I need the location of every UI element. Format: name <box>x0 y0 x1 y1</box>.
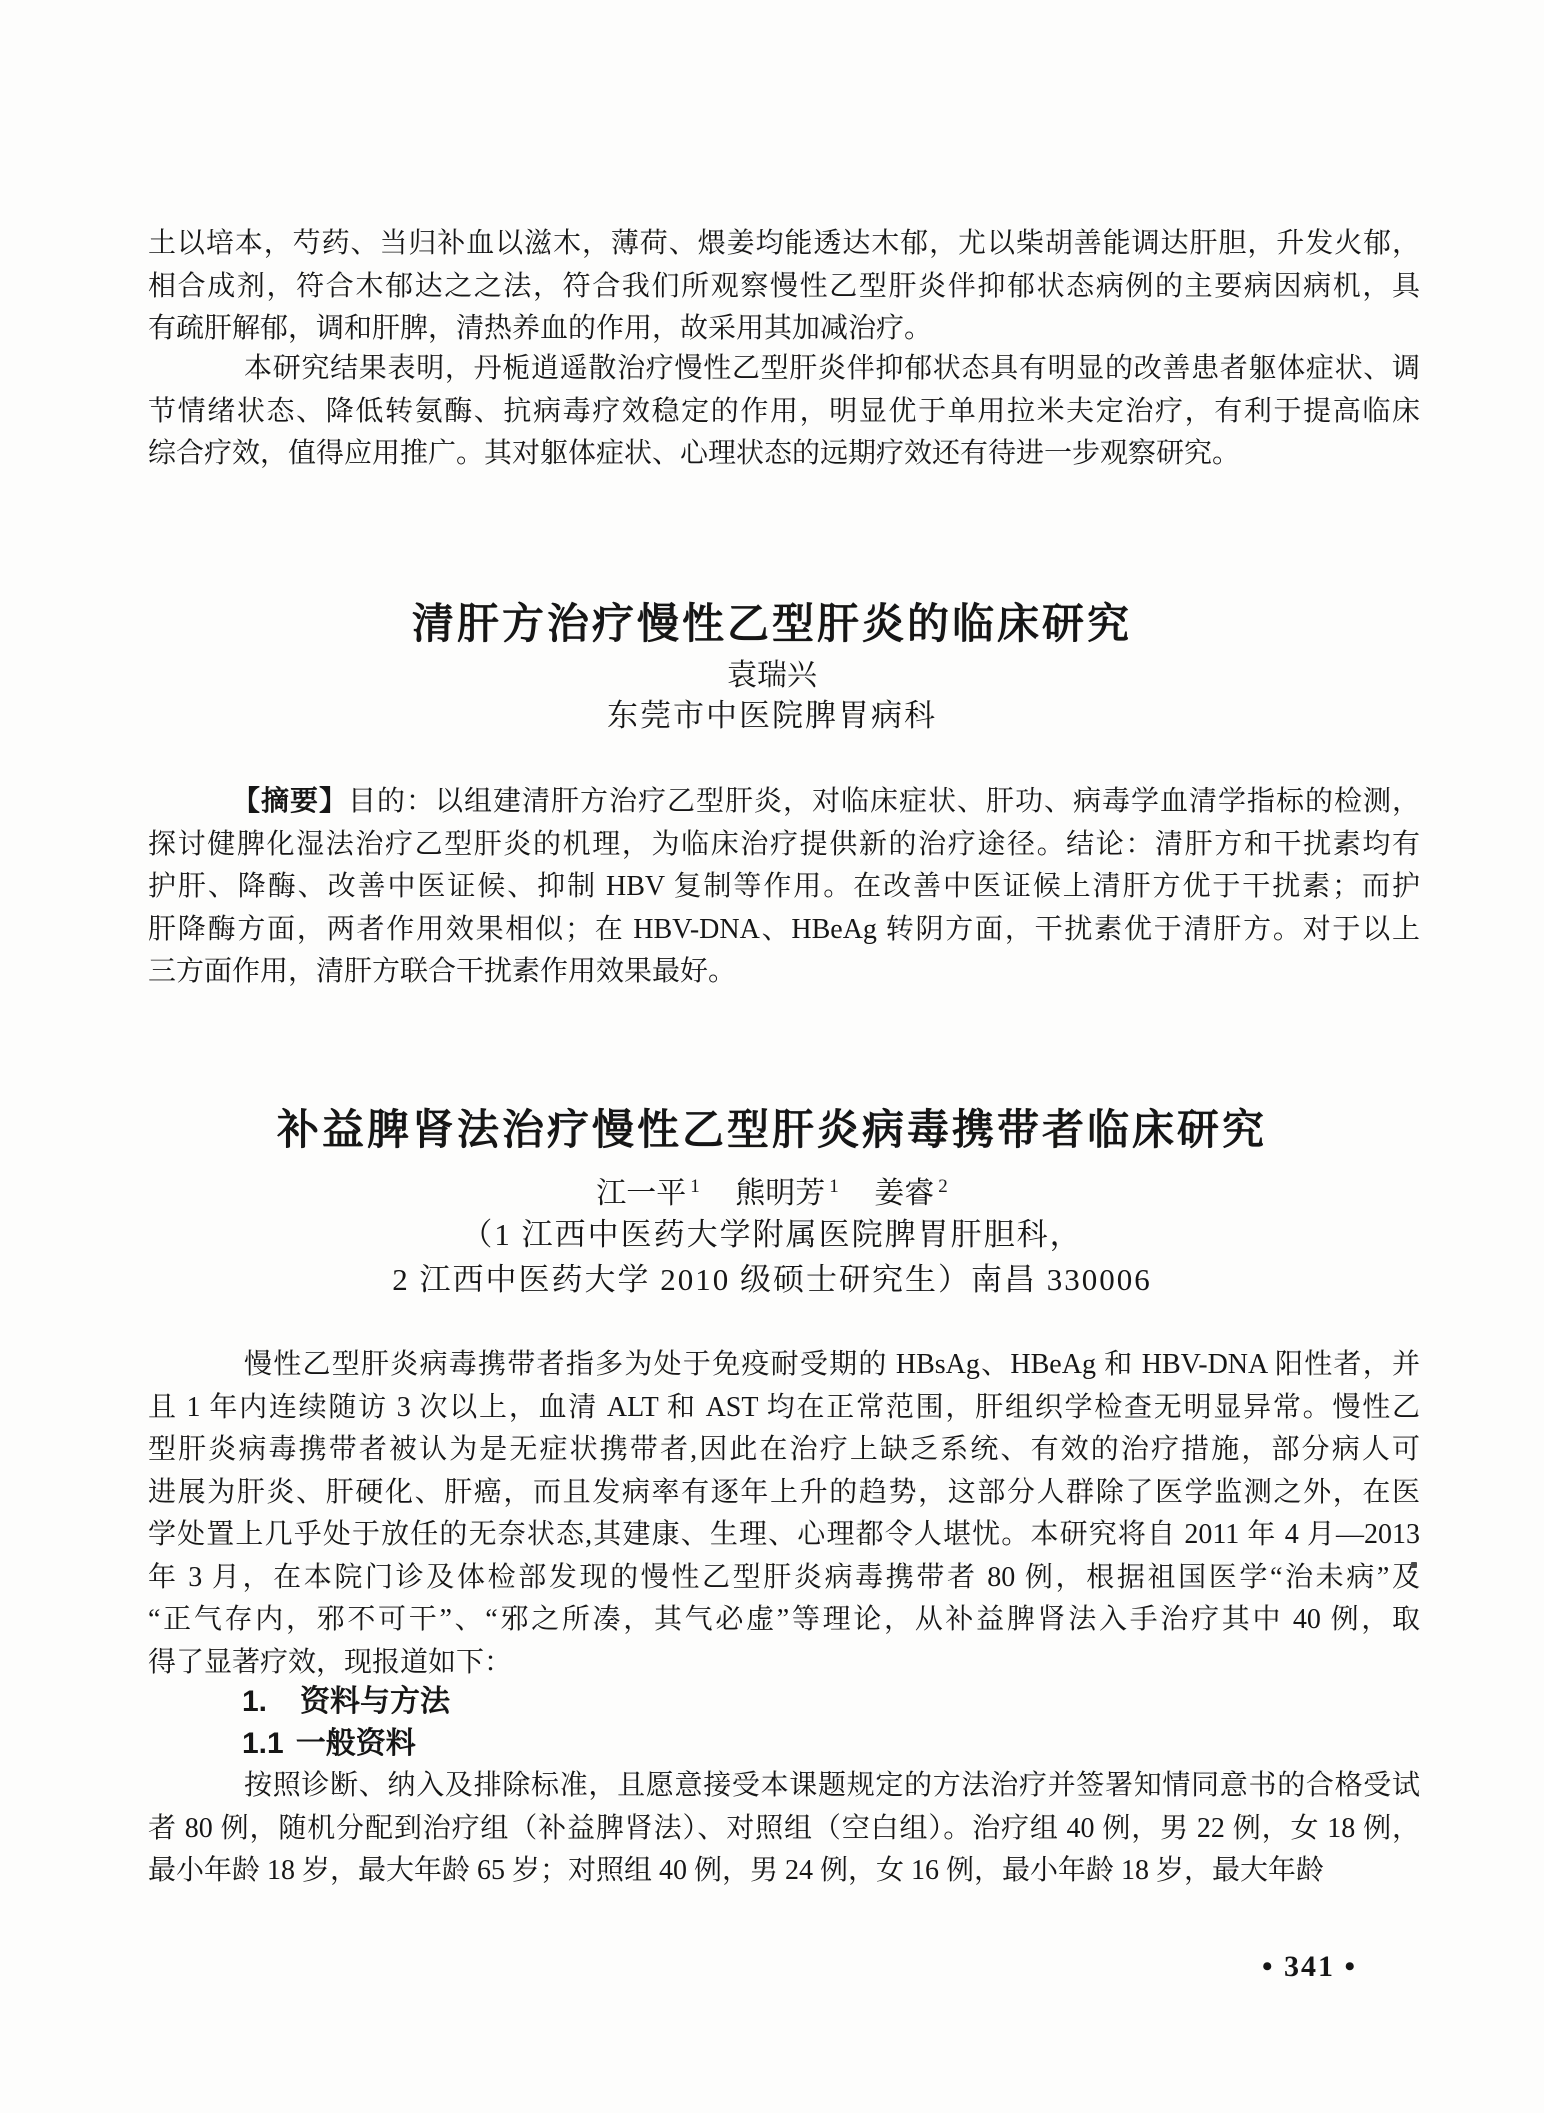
article2-affiliation-line2: 2 江西中医药大学 2010 级硕士研究生）南昌 330006 <box>0 1257 1544 1302</box>
document-page: 土以培本，芍药、当归补血以滋木，薄荷、煨姜均能透达木郁，尤以柴胡善能调达肝胆，升… <box>0 0 1544 2113</box>
author-1: 江一平1 <box>596 1166 700 1215</box>
article2-affiliation: （1 江西中医药大学附属医院脾胃肝胆科， 2 江西中医药大学 2010 级硕士研… <box>0 1212 1544 1302</box>
section-1-1-number: 1.1 <box>242 1723 284 1766</box>
section-1-label: 资料与方法 <box>300 1685 450 1718</box>
section-heading-1: 1.资料与方法 <box>242 1681 450 1724</box>
text-line: 最小年龄 18 岁，最大年龄 65 岁；对照组 40 例，男 24 例，女 16… <box>148 1850 1420 1893</box>
author-3-name: 姜睿 <box>874 1177 934 1210</box>
text-line: 土以培本，芍药、当归补血以滋木，薄荷、煨姜均能透达木郁，尤以柴胡善能调达肝胆，升… <box>148 223 1420 266</box>
text-line: 相合成剂，符合木郁达之之法，符合我们所观察慢性乙型肝炎伴抑郁状态病例的主要病因病… <box>148 266 1420 309</box>
text-line: 慢性乙型肝炎病毒携带者指多为处于免疫耐受期的 HBsAg、HBeAg 和 HBV… <box>148 1344 1420 1387</box>
text-line: 肝降酶方面，两者作用效果相似；在 HBV-DNA、HBeAg 转阴方面，干扰素优… <box>148 909 1420 952</box>
text-line: 本研究结果表明，丹栀逍遥散治疗慢性乙型肝炎伴抑郁状态具有明显的改善患者躯体症状、… <box>148 348 1420 391</box>
author-2: 熊明芳1 <box>735 1166 839 1215</box>
text-line: 型肝炎病毒携带者被认为是无症状携带者,因此在治疗上缺乏系统、有效的治疗措施，部分… <box>148 1429 1420 1472</box>
abstract-label: 【摘要】 <box>232 786 348 817</box>
author-1-superscript: 1 <box>690 1176 700 1197</box>
text-line: 节情绪状态、降低转氨酶、抗病毒疗效稳定的作用，明显优于单用拉米夫定治疗，有利于提… <box>148 391 1420 434</box>
text-line: 按照诊断、纳入及排除标准，且愿意接受本课题规定的方法治疗并签署知情同意书的合格受… <box>148 1765 1420 1808</box>
article2-authors: 江一平1 熊明芳1 姜睿2 <box>0 1166 1544 1215</box>
article2-general-data-paragraph: 按照诊断、纳入及排除标准，且愿意接受本课题规定的方法治疗并签署知情同意书的合格受… <box>148 1765 1420 1893</box>
prev-article-paragraph-2: 本研究结果表明，丹栀逍遥散治疗慢性乙型肝炎伴抑郁状态具有明显的改善患者躯体症状、… <box>148 348 1420 476</box>
author-2-name: 熊明芳 <box>735 1177 825 1210</box>
author-1-name: 江一平 <box>596 1177 686 1210</box>
article2-affiliation-line1: （1 江西中医药大学附属医院脾胃肝胆科， <box>0 1212 1544 1257</box>
article1-author: 袁瑞兴 <box>0 655 1544 697</box>
abstract-first-line-text: 目的：以组建清肝方治疗乙型肝炎，对临床症状、肝功、病毒学血清学指标的检测， <box>348 786 1420 817</box>
section-1-1-label: 一般资料 <box>296 1727 416 1760</box>
author-3-superscript: 2 <box>938 1176 948 1197</box>
text-line: 者 80 例，随机分配到治疗组（补益脾肾法）、对照组（空白组）。治疗组 40 例… <box>148 1808 1420 1851</box>
text-line: 有疏肝解郁，调和肝脾，清热养血的作用，故采用其加减治疗。 <box>148 308 1420 351</box>
text-line: 学处置上几乎处于放任的无奈状态,其建康、生理、心理都令人堪忧。本研究将自 201… <box>148 1514 1420 1557</box>
text-line: 三方面作用，清肝方联合干扰素作用效果最好。 <box>148 951 1420 994</box>
section-heading-1-1: 1.1一般资料 <box>242 1723 416 1766</box>
text-line: 进展为肝炎、肝硬化、肝癌，而且发病率有逐年上升的趋势，这部分人群除了医学监测之外… <box>148 1472 1420 1515</box>
article2-title: 补益脾肾法治疗慢性乙型肝炎病毒携带者临床研究 <box>0 1102 1544 1158</box>
article2-intro-paragraph: 慢性乙型肝炎病毒携带者指多为处于免疫耐受期的 HBsAg、HBeAg 和 HBV… <box>148 1344 1420 1684</box>
text-line: “正气存内，邪不可干”、“邪之所凑，其气必虚”等理论，从补益脾肾法入手治疗其中 … <box>148 1599 1420 1642</box>
abstract-rest: 探讨健脾化湿法治疗乙型肝炎的机理，为临床治疗提供新的治疗途径。结论：清肝方和干扰… <box>148 824 1420 994</box>
author-3: 姜睿2 <box>874 1166 948 1215</box>
prev-article-paragraph-1: 土以培本，芍药、当归补血以滋木，薄荷、煨姜均能透达木郁，尤以柴胡善能调达肝胆，升… <box>148 223 1420 351</box>
text-line: 年 3 月，在本院门诊及体检部发现的慢性乙型肝炎病毒携带者 80 例，根据祖国医… <box>148 1557 1420 1600</box>
article1-affiliation: 东莞市中医院脾胃病科 <box>0 695 1544 737</box>
article1-abstract: 【摘要】目的：以组建清肝方治疗乙型肝炎，对临床症状、肝功、病毒学血清学指标的检测… <box>148 781 1420 994</box>
text-line: 护肝、降酶、改善中医证候、抑制 HBV 复制等作用。在改善中医证候上清肝方优于干… <box>148 866 1420 909</box>
text-line: 得了显著疗效，现报道如下： <box>148 1642 1420 1685</box>
scan-artifact-dot <box>1411 1562 1417 1568</box>
page-number: • 341 • <box>1262 1946 1357 1988</box>
author-2-superscript: 1 <box>829 1176 839 1197</box>
text-line: 且 1 年内连续随访 3 次以上，血清 ALT 和 AST 均在正常范围，肝组织… <box>148 1387 1420 1430</box>
article1-title: 清肝方治疗慢性乙型肝炎的临床研究 <box>0 596 1544 652</box>
abstract-first-line: 【摘要】目的：以组建清肝方治疗乙型肝炎，对临床症状、肝功、病毒学血清学指标的检测… <box>148 781 1420 824</box>
text-line: 综合疗效，值得应用推广。其对躯体症状、心理状态的远期疗效还有待进一步观察研究。 <box>148 433 1420 476</box>
section-1-number: 1. <box>242 1681 300 1724</box>
text-line: 探讨健脾化湿法治疗乙型肝炎的机理，为临床治疗提供新的治疗途径。结论：清肝方和干扰… <box>148 824 1420 867</box>
